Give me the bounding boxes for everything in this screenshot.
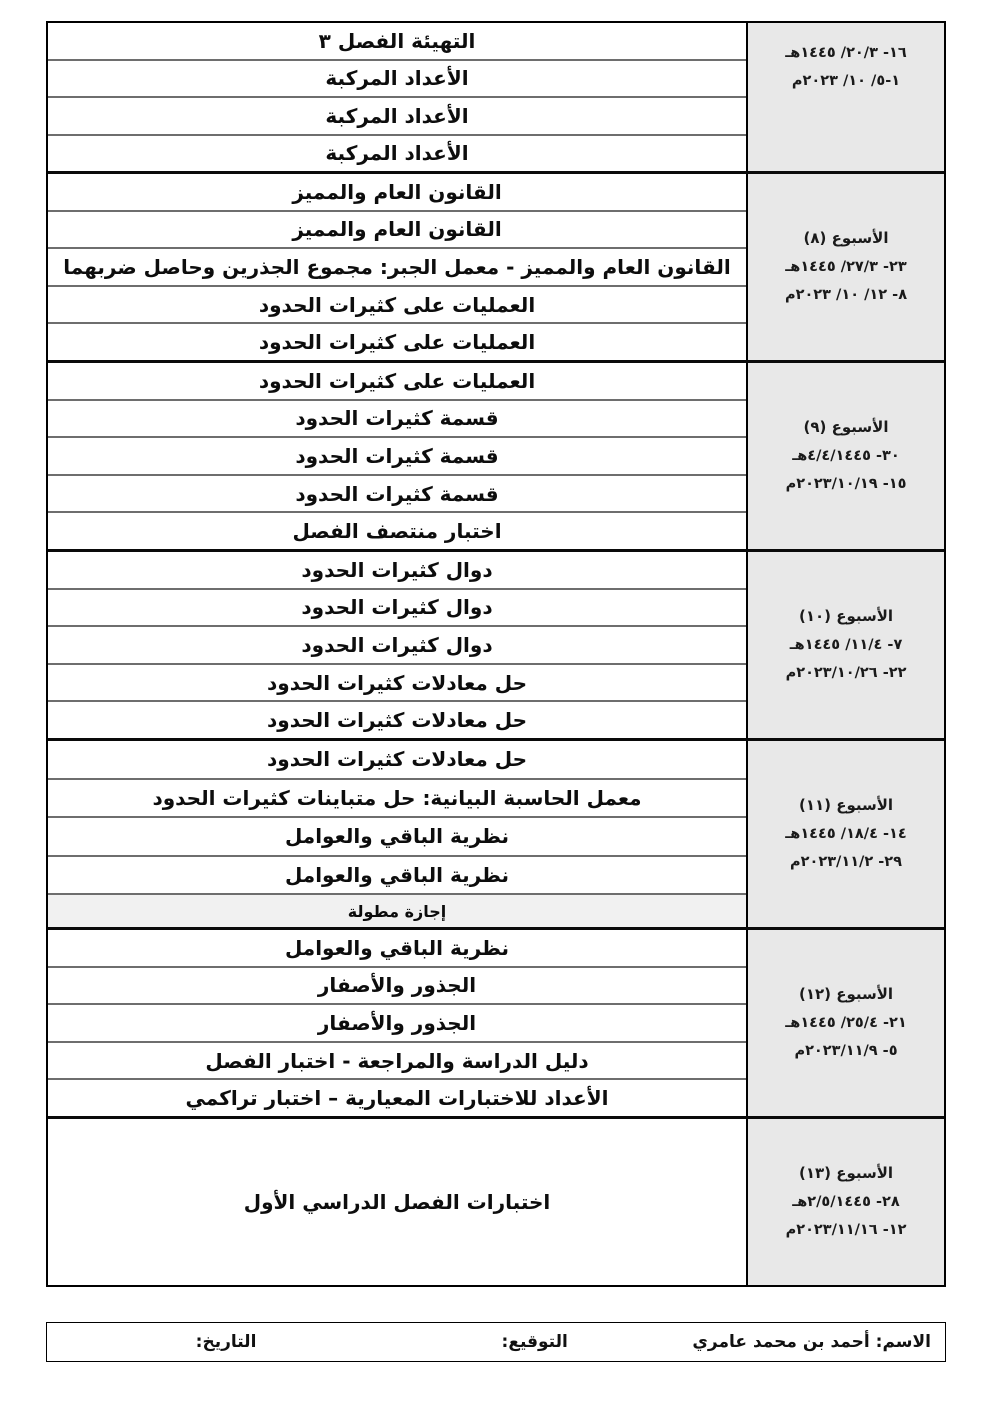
lesson-row: اختبار منتصف الفصل (48, 513, 746, 549)
lesson-title: القانون العام والمميز (292, 217, 501, 241)
lesson-title: القانون العام والمميز - معمل الجبر: مجمو… (63, 255, 730, 279)
lesson-title: الأعداد للاختبارات المعيارية – اختبار تر… (186, 1086, 609, 1110)
week-hijri-dates: ٣٠- ٤/٤/١٤٤٥هـ (792, 442, 900, 470)
lesson-title: معمل الحاسبة البيانية: حل متباينات كثيرا… (152, 786, 641, 810)
lesson-title: الأعداد المركبة (325, 141, 468, 165)
week-section: الأسبوع (١٠)٧- ١١/٤/ ١٤٤٥هـ٢٢- ٢٠٢٣/١٠/٢… (48, 549, 944, 738)
week-label: الأسبوع (١١) (799, 791, 893, 820)
lesson-row: معمل الحاسبة البيانية: حل متباينات كثيرا… (48, 780, 746, 819)
lesson-title: العمليات على كثيرات الحدود (259, 369, 535, 393)
lesson-row: دوال كثيرات الحدود (48, 627, 746, 665)
lesson-row: القانون العام والمميز (48, 212, 746, 250)
week-label: الأسبوع (٨) (804, 224, 889, 253)
lesson-row: قسمة كثيرات الحدود (48, 401, 746, 439)
lesson-title: قسمة كثيرات الحدود (295, 482, 498, 506)
lesson-row: الجذور والأصفار (48, 968, 746, 1006)
week-label: الأسبوع (١٠) (799, 602, 893, 631)
week-hijri-dates: ١٤- ١٨/٤/ ١٤٤٥هـ (785, 820, 906, 848)
week-label: الأسبوع (٩) (804, 413, 889, 442)
lesson-row: العمليات على كثيرات الحدود (48, 287, 746, 325)
lesson-row: الأعداد للاختبارات المعيارية – اختبار تر… (48, 1080, 746, 1116)
lessons-column: اختبارات الفصل الدراسي الأول (48, 1119, 746, 1285)
lesson-row: العمليات على كثيرات الحدود (48, 363, 746, 401)
lesson-plan-table: ١٦- ٢٠/٣/ ١٤٤٥هـ١-٥/ ١٠/ ٢٠٢٣مالتهيئة ال… (46, 21, 946, 1287)
lesson-title: دليل الدراسة والمراجعة - اختبار الفصل (205, 1049, 588, 1073)
week-gregorian-dates: ١٢- ٢٠٢٣/١١/١٦م (786, 1216, 907, 1244)
week-gregorian-dates: ٥- ٢٠٢٣/١١/٩م (794, 1037, 897, 1065)
week-section: الأسبوع (١١)١٤- ١٨/٤/ ١٤٤٥هـ٢٩- ٢٠٢٣/١١/… (48, 738, 944, 927)
lesson-row: الأعداد المركبة (48, 136, 746, 172)
lesson-row: القانون العام والمميز (48, 174, 746, 212)
lesson-title: قسمة كثيرات الحدود (295, 406, 498, 430)
week-hijri-dates: ٢١- ٢٥/٤/ ١٤٤٥هـ (785, 1009, 906, 1037)
lesson-row: العمليات على كثيرات الحدود (48, 324, 746, 360)
week-gregorian-dates: ٢٩- ٢٠٢٣/١١/٢م (790, 848, 902, 876)
week-cell: الأسبوع (١١)١٤- ١٨/٤/ ١٤٤٥هـ٢٩- ٢٠٢٣/١١/… (746, 741, 944, 927)
lesson-title: نظرية الباقي والعوامل (285, 936, 509, 960)
week-cell: ١٦- ٢٠/٣/ ١٤٤٥هـ١-٥/ ١٠/ ٢٠٢٣م (746, 23, 944, 171)
week-cell: الأسبوع (٨)٢٣- ٢٧/٣/ ١٤٤٥هـ٨- ١٢/ ١٠/ ٢٠… (746, 174, 944, 360)
lesson-row: حل معادلات كثيرات الحدود (48, 665, 746, 703)
lesson-title: إجازة مطولة (348, 902, 446, 921)
lesson-row: حل معادلات كثيرات الحدود (48, 741, 746, 780)
lesson-row: اختبارات الفصل الدراسي الأول (48, 1119, 746, 1285)
lesson-row: القانون العام والمميز - معمل الجبر: مجمو… (48, 249, 746, 287)
week-gregorian-dates: ٨- ١٢/ ١٠/ ٢٠٢٣م (785, 281, 907, 309)
lesson-row: الجذور والأصفار (48, 1005, 746, 1043)
week-cell: الأسبوع (٩)٣٠- ٤/٤/١٤٤٥هـ١٥- ٢٠٢٣/١٠/١٩م (746, 363, 944, 549)
week-label: الأسبوع (١٣) (799, 1159, 893, 1188)
lesson-title: الجذور والأصفار (318, 1011, 476, 1035)
lesson-row: الأعداد المركبة (48, 98, 746, 136)
lesson-title: الأعداد المركبة (325, 66, 468, 90)
lesson-row: نظرية الباقي والعوامل (48, 930, 746, 968)
lesson-row: دوال كثيرات الحدود (48, 552, 746, 590)
lesson-row: دليل الدراسة والمراجعة - اختبار الفصل (48, 1043, 746, 1081)
lessons-column: التهيئة الفصل ٣الأعداد المركبةالأعداد ال… (48, 23, 746, 171)
lesson-title: الأعداد المركبة (325, 104, 468, 128)
week-section: الأسبوع (٨)٢٣- ٢٧/٣/ ١٤٤٥هـ٨- ١٢/ ١٠/ ٢٠… (48, 171, 944, 360)
lesson-row: الأعداد المركبة (48, 61, 746, 99)
lesson-title: اختبار منتصف الفصل (292, 519, 501, 543)
week-hijri-dates: ٧- ١١/٤/ ١٤٤٥هـ (790, 631, 903, 659)
lesson-title: نظرية الباقي والعوامل (285, 863, 509, 887)
lesson-row: قسمة كثيرات الحدود (48, 476, 746, 514)
lesson-row: قسمة كثيرات الحدود (48, 438, 746, 476)
lessons-column: نظرية الباقي والعواملالجذور والأصفارالجذ… (48, 930, 746, 1116)
lesson-title: القانون العام والمميز (292, 180, 501, 204)
week-section: الأسبوع (١٢)٢١- ٢٥/٤/ ١٤٤٥هـ٥- ٢٠٢٣/١١/٩… (48, 927, 944, 1116)
lesson-row: حل معادلات كثيرات الحدود (48, 702, 746, 738)
week-section: الأسبوع (١٣)٢٨- ٢/٥/١٤٤٥هـ١٢- ٢٠٢٣/١١/١٦… (48, 1116, 944, 1285)
lesson-title: دوال كثيرات الحدود (301, 595, 492, 619)
lesson-title: التهيئة الفصل ٣ (319, 29, 476, 53)
week-hijri-dates: ٢٣- ٢٧/٣/ ١٤٤٥هـ (785, 253, 906, 281)
week-gregorian-dates: ١٥- ٢٠٢٣/١٠/١٩م (786, 470, 907, 498)
lesson-row: إجازة مطولة (48, 895, 746, 927)
week-section: ١٦- ٢٠/٣/ ١٤٤٥هـ١-٥/ ١٠/ ٢٠٢٣مالتهيئة ال… (48, 23, 944, 171)
lesson-title: قسمة كثيرات الحدود (295, 444, 498, 468)
week-hijri-dates: ٢٨- ٢/٥/١٤٤٥هـ (792, 1188, 900, 1216)
lesson-row: نظرية الباقي والعوامل (48, 857, 746, 896)
week-section: الأسبوع (٩)٣٠- ٤/٤/١٤٤٥هـ١٥- ٢٠٢٣/١٠/١٩م… (48, 360, 944, 549)
lesson-title: دوال كثيرات الحدود (301, 558, 492, 582)
week-cell: الأسبوع (١٠)٧- ١١/٤/ ١٤٤٥هـ٢٢- ٢٠٢٣/١٠/٢… (746, 552, 944, 738)
page: ١٦- ٢٠/٣/ ١٤٤٥هـ١-٥/ ١٠/ ٢٠٢٣مالتهيئة ال… (0, 0, 992, 1403)
week-label: الأسبوع (١٢) (799, 980, 893, 1009)
week-gregorian-dates: ١-٥/ ١٠/ ٢٠٢٣م (792, 67, 900, 95)
lesson-row: دوال كثيرات الحدود (48, 590, 746, 628)
lessons-column: القانون العام والمميزالقانون العام والمم… (48, 174, 746, 360)
lesson-title: حل معادلات كثيرات الحدود (267, 708, 527, 732)
lesson-title: حل معادلات كثيرات الحدود (267, 747, 527, 771)
lesson-title: العمليات على كثيرات الحدود (259, 293, 535, 317)
lesson-row: التهيئة الفصل ٣ (48, 23, 746, 61)
week-cell: الأسبوع (١٢)٢١- ٢٥/٤/ ١٤٤٥هـ٥- ٢٠٢٣/١١/٩… (746, 930, 944, 1116)
week-cell: الأسبوع (١٣)٢٨- ٢/٥/١٤٤٥هـ١٢- ٢٠٢٣/١١/١٦… (746, 1119, 944, 1285)
lessons-column: العمليات على كثيرات الحدودقسمة كثيرات ال… (48, 363, 746, 549)
footer-name: الاسم: أحمد بن محمد عامري (568, 1332, 945, 1352)
lesson-row: نظرية الباقي والعوامل (48, 818, 746, 857)
lesson-title: حل معادلات كثيرات الحدود (267, 671, 527, 695)
lesson-title: اختبارات الفصل الدراسي الأول (244, 1190, 551, 1214)
footer-date-label: التاريخ: (47, 1332, 316, 1352)
week-gregorian-dates: ٢٢- ٢٠٢٣/١٠/٢٦م (786, 659, 907, 687)
lesson-title: العمليات على كثيرات الحدود (259, 330, 535, 354)
lesson-title: نظرية الباقي والعوامل (285, 824, 509, 848)
week-hijri-dates: ١٦- ٢٠/٣/ ١٤٤٥هـ (785, 39, 906, 67)
lesson-title: دوال كثيرات الحدود (301, 633, 492, 657)
lessons-column: دوال كثيرات الحدوددوال كثيرات الحدوددوال… (48, 552, 746, 738)
footer-signature-bar: الاسم: أحمد بن محمد عامري التوقيع: التار… (46, 1322, 946, 1362)
lessons-column: حل معادلات كثيرات الحدودمعمل الحاسبة الب… (48, 741, 746, 927)
footer-signature-label: التوقيع: (316, 1332, 567, 1352)
lesson-title: الجذور والأصفار (318, 973, 476, 997)
